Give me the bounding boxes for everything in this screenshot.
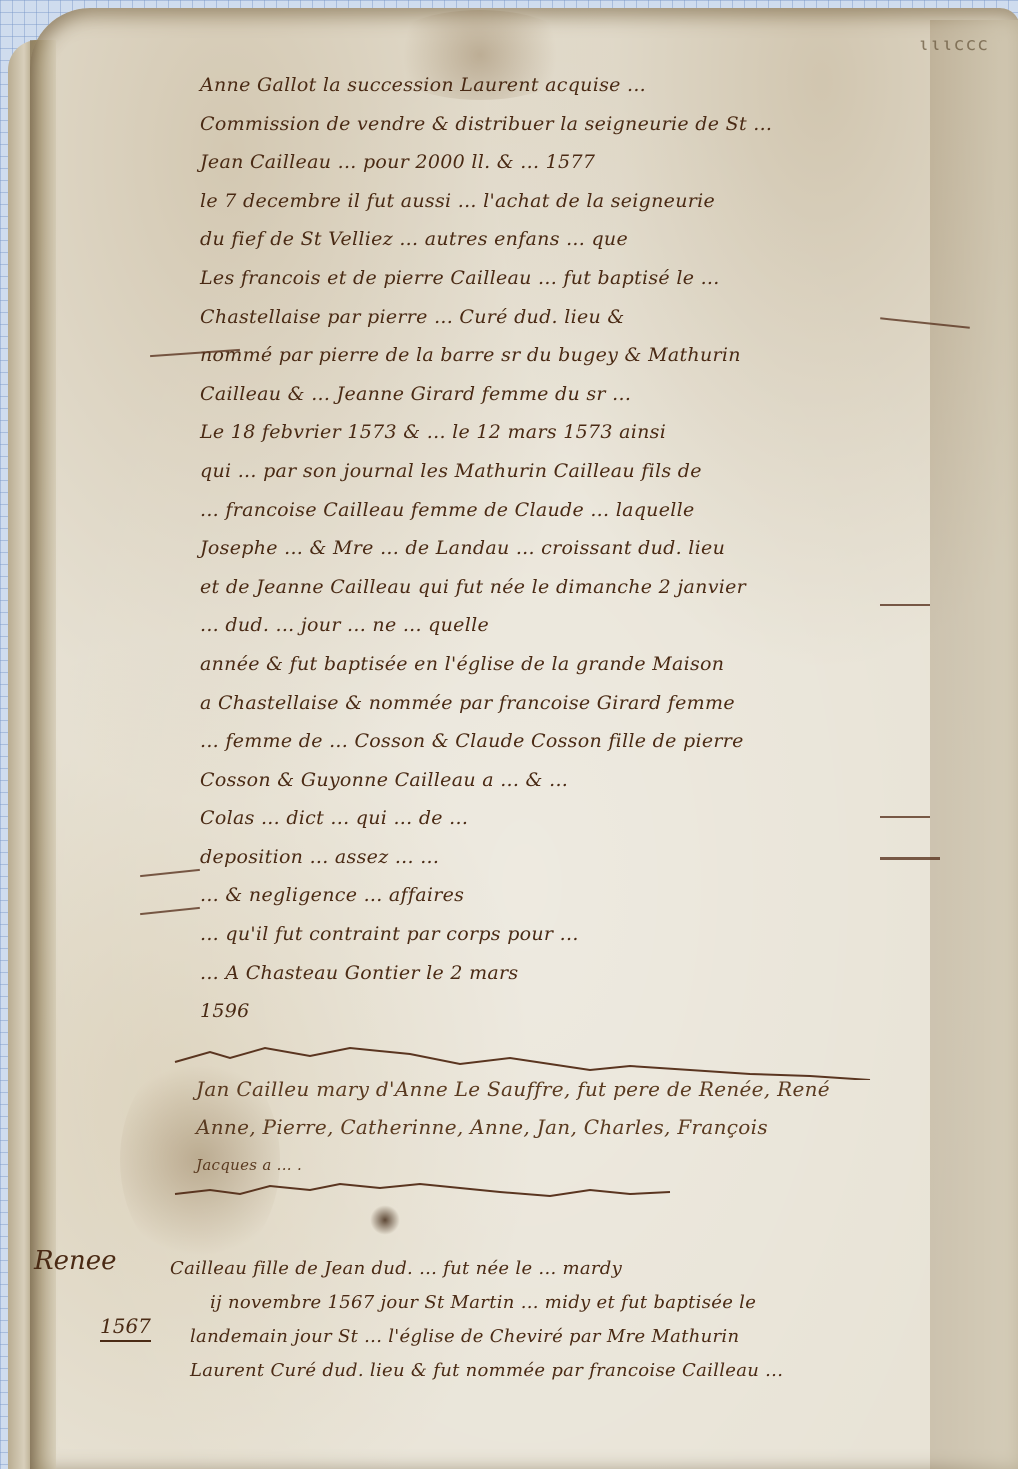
text-line: a Chastellaise & nommée par francoise Gi… [200, 684, 960, 723]
entry-1-text: Anne Gallot la succession Laurent acquis… [200, 66, 960, 1031]
text-line: ... francoise Cailleau femme de Claude .… [200, 491, 960, 530]
text-line: année & fut baptisée en l'église de la g… [200, 645, 960, 684]
text-line: deposition ... assez ... ... [200, 838, 960, 877]
text-line: landemain jour St ... l'église de Chevir… [190, 1320, 970, 1354]
text-line: le 7 decembre il fut aussi ... l'achat d… [200, 182, 960, 221]
pen-stroke [880, 857, 940, 860]
text-line: nommé par pierre de la barre sr du bugey… [200, 336, 960, 375]
text-line: Jan Cailleu mary d'Anne Le Sauffre, fut … [196, 1070, 956, 1108]
entry-3-text: Cailleau fille de Jean dud. ... fut née … [170, 1252, 970, 1388]
text-line: Cailleau fille de Jean dud. ... fut née … [170, 1252, 970, 1286]
text-line: Cosson & Guyonne Cailleau a ... & ... [200, 761, 960, 800]
corner-mark: ιιιccc [918, 34, 989, 55]
text-line: Le 18 febvrier 1573 & ... le 12 mars 157… [200, 413, 960, 452]
text-line: Anne, Pierre, Catherinne, Anne, Jan, Cha… [196, 1108, 956, 1146]
text-line: Cailleau & ... Jeanne Girard femme du sr… [200, 375, 960, 414]
text-line: ... & negligence ... affaires [200, 876, 960, 915]
text-line: Anne Gallot la succession Laurent acquis… [200, 66, 960, 105]
text-line: du fief de St Velliez ... autres enfans … [200, 220, 960, 259]
text-line: ... qu'il fut contraint par corps pour .… [200, 915, 960, 954]
text-line: Les francois et de pierre Cailleau ... f… [200, 259, 960, 298]
pen-stroke [880, 816, 930, 818]
text-line: Josephe ... & Mre ... de Landau ... croi… [200, 529, 960, 568]
text-line: Colas ... dict ... qui ... de ... [200, 799, 960, 838]
ink-blot [370, 1205, 400, 1235]
text-line: ij novembre 1567 jour St Martin ... midy… [210, 1286, 970, 1320]
text-line: 1596 [200, 992, 960, 1031]
text-line: qui ... par son journal les Mathurin Cai… [200, 452, 960, 491]
entry-2-text: Jan Cailleu mary d'Anne Le Sauffre, fut … [196, 1070, 956, 1184]
text-line: Jacques a ... . [196, 1146, 956, 1184]
text-line: Jean Cailleau ... pour 2000 ll. & ... 15… [200, 143, 960, 182]
margin-name: Renee [34, 1246, 116, 1276]
text-line: et de Jeanne Cailleau qui fut née le dim… [200, 568, 960, 607]
text-line: ... A Chasteau Gontier le 2 mars [200, 954, 960, 993]
text-line: ... femme de ... Cosson & Claude Cosson … [200, 722, 960, 761]
text-line: Commission de vendre & distribuer la sei… [200, 105, 960, 144]
text-line: ... dud. ... jour ... ne ... quelle [200, 606, 960, 645]
pen-stroke [880, 604, 930, 606]
margin-year: 1567 [100, 1314, 151, 1342]
text-line: Laurent Curé dud. lieu & fut nommée par … [190, 1354, 970, 1388]
text-line: Chastellaise par pierre ... Curé dud. li… [200, 298, 960, 337]
